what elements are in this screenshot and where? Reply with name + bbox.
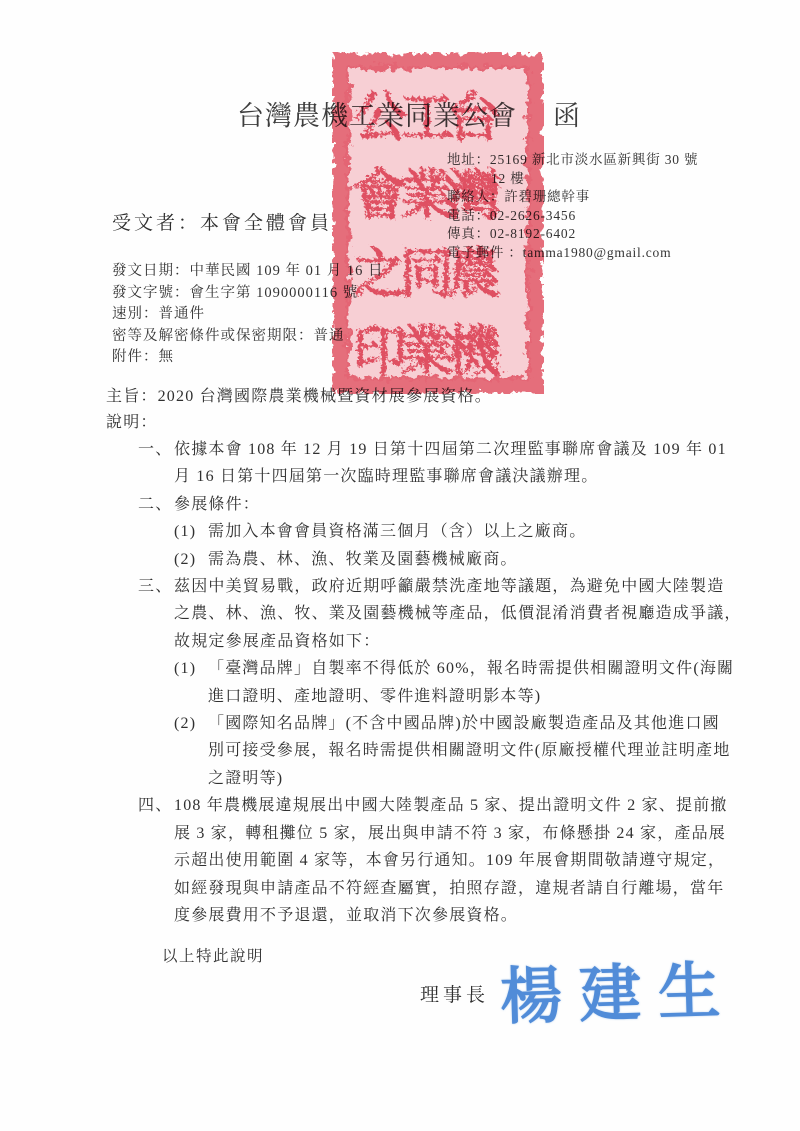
item-text-line: 示超出使用範圍 4 家等，本會另行通知。109 年展會期間敬請遵守規定， (174, 847, 738, 874)
item-text-line: 之農、林、漁、牧、業及園藝機械等產品，低價混淆消費者視廳造成爭議， (174, 600, 738, 627)
seal-char: 機 (447, 322, 502, 382)
seal-char: 會 (353, 166, 407, 226)
sub-item-text-line: 之證明等) (208, 765, 738, 792)
item-number: 二、 (138, 491, 174, 518)
sub-item-1: (1) 「臺灣品牌」自製率不得低於 60%，報名時需提供相關證明文件(海關 進口… (174, 655, 738, 710)
attachment-line: 附件：無 (112, 347, 384, 369)
sub-item-number: (1) (174, 655, 208, 682)
closing-statement: 以上特此說明 (162, 944, 264, 966)
issue-date-line: 發文日期：中華民國 109 年 01 月 16 日 (112, 261, 384, 283)
seal-char: 業 (400, 322, 454, 382)
sub-item-text-line: 別可接受參展，報名時需提供相關證明文件(原廠授權代理並註明產地 (208, 737, 738, 764)
sub-item-number: (2) (174, 546, 208, 573)
item-text-line: 依據本會 108 年 12 月 19 日第十四屆第二次理監事聯席會議及 109 … (174, 436, 738, 463)
list-item-2: 二、 參展條件： (1) 需加入本會會員資格滿三個月（含）以上之廠商。 (2) … (138, 491, 738, 573)
item-number: 三、 (138, 573, 174, 600)
secrecy-line: 密等及解密條件或保密期限：普通 (112, 326, 384, 348)
contact-person-line: 聯絡人：許碧珊總幹事 (447, 188, 698, 207)
item-text-line: 故規定參展產品資格如下： (174, 628, 738, 655)
item-text-line: 度參展費用不予退還，並取消下次參展資格。 (174, 902, 738, 929)
sub-item-text-line: 需加入本會會員資格滿三個月（含）以上之廠商。 (208, 518, 738, 545)
association-name: 台灣農機工業同業公會 (237, 101, 517, 131)
sub-item-number: (1) (174, 518, 208, 545)
contact-block: 地址：25169 新北市淡水區新興街 30 號 12 樓 聯絡人：許碧珊總幹事 … (447, 151, 698, 263)
recipient-line: 受文者：本會全體會員 (112, 208, 332, 235)
fax-line: 傳真：02-8192-6402 (447, 225, 698, 244)
sub-item-2: (2) 「國際知名品牌」(不含中國品牌)於中國設廠製造產品及其他進口國 別可接受… (174, 710, 738, 792)
address-line: 地址：25169 新北市淡水區新興街 30 號 (447, 151, 698, 170)
letter-type-label: 函 (553, 101, 581, 131)
item-text-line: 參展條件： (174, 491, 738, 518)
sub-item-2: (2) 需為農、林、漁、牧業及園藝機械廠商。 (174, 546, 738, 573)
subject-block: 主旨：2020 台灣國際農業機械暨資材展參展資格。 說明： (106, 384, 492, 436)
document-meta-block: 發文日期：中華民國 109 年 01 月 16 日 發文字號：會生字第 1090… (112, 261, 384, 369)
sub-item-number: (2) (174, 710, 208, 737)
item-text-line: 茲因中美貿易戰，政府近期呼籲嚴禁洗產地等議題，為避免中國大陸製造 (174, 573, 738, 600)
official-letter-page: 台灣農機工業同業公會函 台 灣 農 機 (0, 0, 800, 1131)
sub-item-text-line: 需為農、林、漁、牧業及園藝機械廠商。 (208, 546, 738, 573)
priority-line: 速別：普通件 (112, 304, 384, 326)
document-title: 台灣農機工業同業公會函 (237, 94, 581, 133)
list-item-4: 四、 108 年農機展違規展出中國大陸製產品 5 家、提出證明文件 2 家、提前… (138, 792, 738, 929)
sub-item-1: (1) 需加入本會會員資格滿三個月（含）以上之廠商。 (174, 518, 738, 545)
seal-char: 業 (400, 166, 454, 226)
subject-line: 主旨：2020 台灣國際農業機械暨資材展參展資格。 (106, 384, 492, 410)
sub-item-text-line: 「國際知名品牌」(不含中國品牌)於中國設廠製造產品及其他進口國 (208, 710, 738, 737)
chairman-signature-stamp: 楊建生 (499, 941, 738, 1037)
email-line: 電子郵件 ：tamma1980@gmail.com (447, 244, 698, 263)
item-text-line: 展 3 家，轉租攤位 5 家，展出與申請不符 3 家，布條懸掛 24 家，產品展 (174, 820, 738, 847)
item-text-line: 如經發現與申請產品不符經查屬實，拍照存證，違規者請自行離場，當年 (174, 875, 738, 902)
chairman-title-label: 理事長 (420, 980, 489, 1007)
address-line-2: 12 樓 (447, 170, 698, 189)
item-text-line: 108 年農機展違規展出中國大陸製產品 5 家、提出證明文件 2 家、提前撤 (174, 792, 738, 819)
item-text-line: 月 16 日第十四屆第一次臨時理監事聯席會議決議辦理。 (174, 463, 738, 490)
seal-char: 同 (400, 244, 454, 304)
explanation-list: 一、 依據本會 108 年 12 月 19 日第十四屆第二次理監事聯席會議及 1… (138, 436, 738, 929)
item-number: 四、 (138, 792, 174, 819)
phone-line: 電話：02-2626-3456 (447, 207, 698, 226)
ref-number-line: 發文字號：會生字第 1090000116 號 (112, 283, 384, 305)
sub-item-text-line: 進口證明、產地證明、零件進料證明影本等) (208, 683, 738, 710)
sub-item-text-line: 「臺灣品牌」自製率不得低於 60%，報名時需提供相關證明文件(海關 (208, 655, 738, 682)
list-item-3: 三、 茲因中美貿易戰，政府近期呼籲嚴禁洗產地等議題，為避免中國大陸製造 之農、林… (138, 573, 738, 792)
item-number: 一、 (138, 436, 174, 463)
list-item-1: 一、 依據本會 108 年 12 月 19 日第十四屆第二次理監事聯席會議及 1… (138, 436, 738, 491)
explanation-label: 說明： (106, 410, 492, 436)
